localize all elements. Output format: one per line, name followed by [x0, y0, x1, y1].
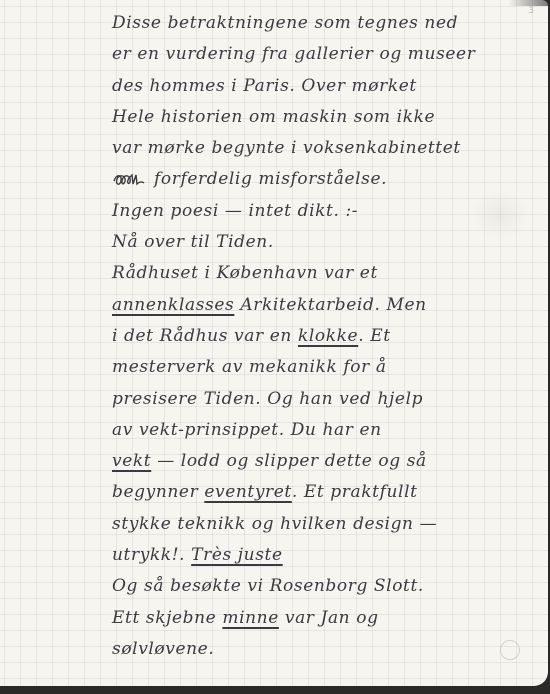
underlined-word: minne: [222, 608, 279, 628]
text-segment: var Jan og: [279, 608, 379, 628]
underlined-word: klokke: [298, 326, 358, 346]
text-segment: presisere Tiden. Og han ved hjelp: [112, 389, 423, 409]
text-segment: stykke teknikk og hvilken design —: [112, 514, 437, 534]
text-segment: Rådhuset i København var et: [112, 263, 378, 283]
text-segment: forferdelig misforståelse.: [154, 169, 387, 189]
notebook-page: 3 Disse betraktningene som tegnes neder …: [0, 0, 548, 686]
underlined-word: annenklasses: [112, 295, 234, 315]
handwritten-line: forferdelig misforståelse.: [112, 164, 542, 195]
handwritten-line: presisere Tiden. Og han ved hjelp: [112, 384, 542, 415]
text-segment: er en vurdering fra gallerier og museer: [112, 44, 475, 64]
handwritten-text: Disse betraktningene som tegnes neder en…: [112, 8, 542, 665]
handwritten-line: annenklasses Arkitektarbeid. Men: [112, 290, 542, 321]
text-segment: sølvløvene.: [112, 639, 214, 659]
handwritten-line: Nå over til Tiden.: [112, 227, 542, 258]
text-segment: av vekt-prinsippet. Du har en: [112, 420, 382, 440]
handwritten-line: begynner eventyret. Et praktfullt: [112, 477, 542, 508]
text-segment: utrykk!.: [112, 545, 191, 565]
handwritten-line: Ingen poesi — intet dikt. :-: [112, 196, 542, 227]
handwritten-line: Disse betraktningene som tegnes ned: [112, 8, 542, 39]
text-segment: Hele historien om maskin som ikke: [112, 107, 435, 127]
handwritten-line: Rådhuset i København var et: [112, 258, 542, 289]
handwritten-line: Og så besøkte vi Rosenborg Slott.: [112, 571, 542, 602]
handwritten-line: er en vurdering fra gallerier og museer: [112, 39, 542, 70]
crossed-out-scribble: [112, 173, 146, 187]
text-segment: mesterverk av mekanikk for å: [112, 357, 387, 377]
handwritten-line: sølvløvene.: [112, 634, 542, 665]
faint-stamp-mark: [500, 640, 520, 660]
text-segment: Og så besøkte vi Rosenborg Slott.: [112, 576, 424, 596]
text-segment: Nå over til Tiden.: [112, 232, 274, 252]
text-segment: begynner: [112, 482, 204, 502]
underlined-word: vekt: [112, 451, 151, 471]
text-segment: i det Rådhus var en: [112, 326, 298, 346]
text-segment: des hommes i Paris. Over mørket: [112, 76, 417, 96]
handwritten-line: av vekt-prinsippet. Du har en: [112, 415, 542, 446]
text-segment: . Et praktfullt: [292, 482, 418, 502]
underlined-word: Très juste: [191, 545, 283, 565]
handwritten-line: stykke teknikk og hvilken design —: [112, 509, 542, 540]
text-segment: Arkitektarbeid. Men: [234, 295, 426, 315]
text-segment: Ingen poesi — intet dikt. :-: [112, 201, 358, 221]
text-segment: var mørke begynte i voksenkabinettet: [112, 138, 461, 158]
text-segment: Disse betraktningene som tegnes ned: [112, 13, 458, 33]
handwritten-line: mesterverk av mekanikk for å: [112, 352, 542, 383]
text-segment: . Et: [358, 326, 390, 346]
handwritten-line: var mørke begynte i voksenkabinettet: [112, 133, 542, 164]
text-segment: Ett skjebne: [112, 608, 222, 628]
handwritten-line: des hommes i Paris. Over mørket: [112, 71, 542, 102]
underlined-word: eventyret: [204, 482, 292, 502]
handwritten-line: Hele historien om maskin som ikke: [112, 102, 542, 133]
handwritten-line: utrykk!. Très juste: [112, 540, 542, 571]
handwritten-line: i det Rådhus var en klokke. Et: [112, 321, 542, 352]
handwritten-line: vekt — lodd og slipper dette og så: [112, 446, 542, 477]
handwritten-line: Ett skjebne minne var Jan og: [112, 603, 542, 634]
text-segment: — lodd og slipper dette og så: [151, 451, 427, 471]
